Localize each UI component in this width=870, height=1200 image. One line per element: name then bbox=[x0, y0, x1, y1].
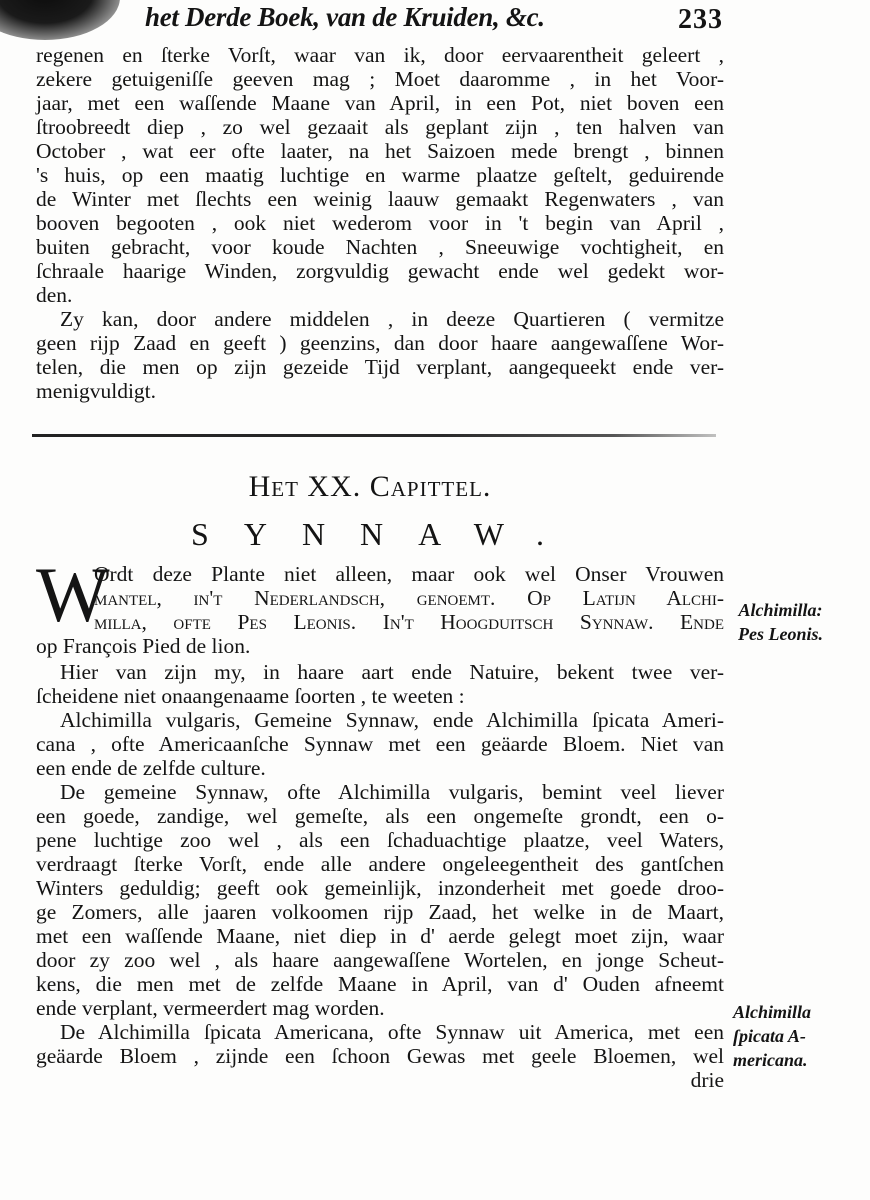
catchword: drie bbox=[36, 1068, 724, 1092]
text-line: ſcheidene niet onaangenaame ſoorten , te… bbox=[36, 684, 724, 708]
margin-note-line: Pes Leonis. bbox=[733, 622, 828, 646]
text-line: een ende de zelfde culture. bbox=[36, 756, 724, 780]
continuation-text: regenen en ſterke Vorſt, waar van ik, do… bbox=[36, 43, 724, 307]
text-line: De Alchimilla ſpicata Americana, ofte Sy… bbox=[36, 1020, 724, 1044]
margin-note-alchimilla-pes-leonis: Alchimilla: Pes Leonis. bbox=[733, 598, 828, 646]
text-line: mantel, in't Nederlandſch, genoemt. Op L… bbox=[36, 586, 724, 610]
text-line: October , wat eer ofte laater, na het Sa… bbox=[36, 139, 724, 163]
text-line: den. bbox=[36, 283, 724, 307]
scan-shadow bbox=[0, 0, 120, 40]
text-line: op François Pied de lion. bbox=[36, 634, 724, 658]
text-line: verdraagt ſterke Vorſt, ende alle andere… bbox=[36, 852, 724, 876]
text-line: ſchraale haarige Winden, zorgvuldig gewa… bbox=[36, 259, 724, 283]
text-line: ge Zomers, alle jaaren volkoomen rijp Za… bbox=[36, 900, 724, 924]
text-line: Zy kan, door andere middelen , in deeze … bbox=[36, 307, 724, 331]
chapter-name: SYNNAW. bbox=[0, 516, 740, 553]
text-line: Winters geduldig; geeft ook gemeinlijk, … bbox=[36, 876, 724, 900]
opening-paragraph: W Ordt deze Plante niet alleen, maar ook… bbox=[36, 562, 724, 658]
text-line: regenen en ſterke Vorſt, waar van ik, do… bbox=[36, 43, 724, 67]
text-line: geäarde Bloem , zijnde een ſchoon Gewas … bbox=[36, 1044, 724, 1068]
text-line: Ordt deze Plante niet alleen, maar ook w… bbox=[36, 562, 724, 586]
text-line: een goede, zandige, wel gemeſte, als een… bbox=[36, 804, 724, 828]
text-line: telen, die men op zijn gezeide Tijd verp… bbox=[36, 355, 724, 379]
chapter-heading: Het XX. Capittel. bbox=[0, 470, 740, 504]
text-line: ſtroobreedt diep , zo wel gezaait als ge… bbox=[36, 115, 724, 139]
drop-cap: W bbox=[36, 560, 110, 630]
text-line: menigvuldigt. bbox=[36, 379, 724, 403]
text-line: Hier van zijn my, in haare aart ende Nat… bbox=[36, 660, 724, 684]
chapter-body: Hier van zijn my, in haare aart ende Nat… bbox=[36, 660, 724, 1092]
text-line: de Winter met ſlechts een weinig laauw g… bbox=[36, 187, 724, 211]
text-line: 's huis, op een maatig luchtige en warme… bbox=[36, 163, 724, 187]
margin-note-line: ſpicata A- bbox=[733, 1024, 823, 1048]
margin-note-alchimilla-spicata-americana: Alchimilla ſpicata A- mericana. bbox=[733, 1000, 823, 1072]
text-line: pene luchtige zoo wel , als een ſchaduac… bbox=[36, 828, 724, 852]
text-line: cana , ofte Americaanſche Synnaw met een… bbox=[36, 732, 724, 756]
margin-note-line: Alchimilla: bbox=[733, 598, 828, 622]
text-line: ende verplant, vermeerdert mag worden. bbox=[36, 996, 724, 1020]
running-head: het Derde Boek, van de Kruiden, &c. bbox=[145, 2, 545, 33]
text-line: booven begooten , ook niet wederom voor … bbox=[36, 211, 724, 235]
paragraph-zy-kan: Zy kan, door andere middelen , in deeze … bbox=[36, 307, 724, 403]
page-number: 233 bbox=[678, 4, 723, 36]
text-line: De gemeine Synnaw, ofte Alchimilla vulga… bbox=[36, 780, 724, 804]
margin-note-line: mericana. bbox=[733, 1048, 823, 1072]
text-line: buiten gebracht, voor koude Nachten , Sn… bbox=[36, 235, 724, 259]
margin-note-line: Alchimilla bbox=[733, 1000, 823, 1024]
text-line: zekere getuigeniſſe geeven mag ; Moet da… bbox=[36, 67, 724, 91]
section-divider-rule bbox=[32, 434, 716, 437]
text-line: jaar, met een waſſende Maane van April, … bbox=[36, 91, 724, 115]
text-line: kens, die men met de zelfde Maane in Apr… bbox=[36, 972, 724, 996]
text-line: door zy zoo wel , als haare aangewaſſene… bbox=[36, 948, 724, 972]
text-line: met een waſſende Maane, niet diep in d' … bbox=[36, 924, 724, 948]
text-line: geen rijp Zaad en geeft ) geenzins, dan … bbox=[36, 331, 724, 355]
text-line: milla, ofte Pes Leonis. In't Hoogduitſch… bbox=[36, 610, 724, 634]
text-line: Alchimilla vulgaris, Gemeine Synnaw, end… bbox=[36, 708, 724, 732]
